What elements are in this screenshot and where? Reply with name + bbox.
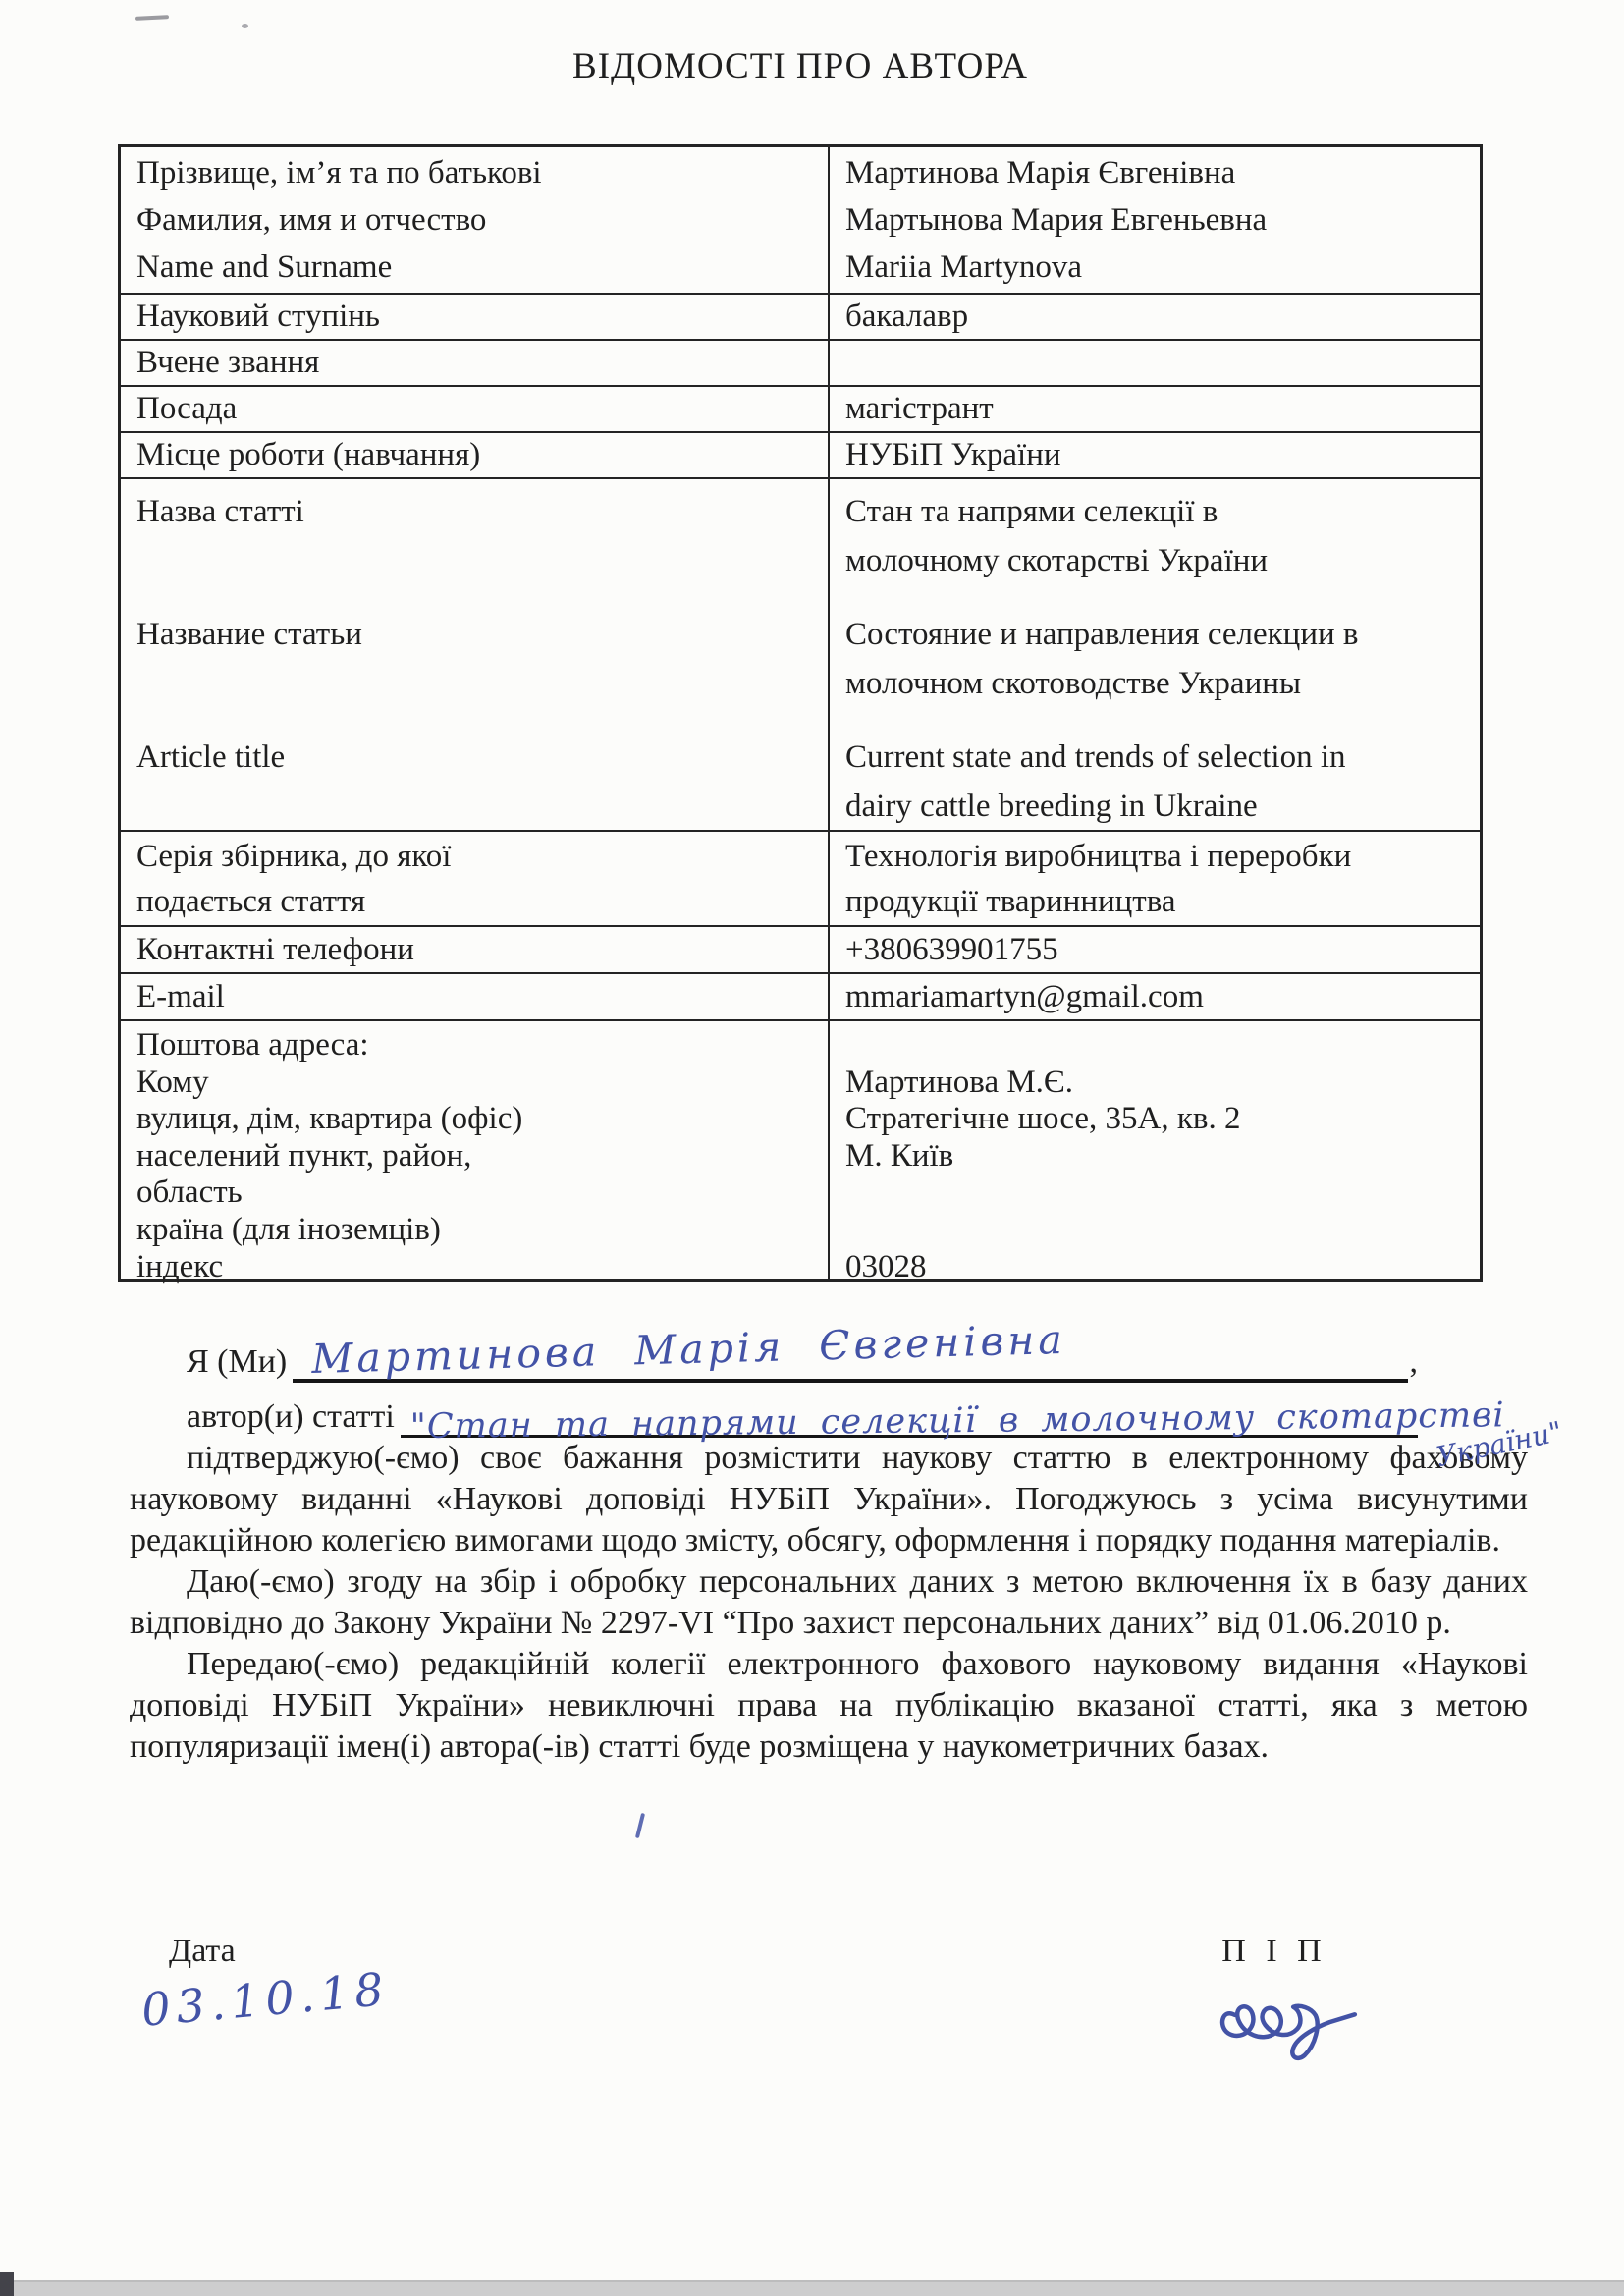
value-ru: Состояние и направления селекции в молоч…	[845, 610, 1464, 733]
value-line: Мартынова Мария Евгеньевна	[845, 196, 1464, 244]
value-line	[845, 1212, 1464, 1249]
table-row-full-name: Прізвище, ім’я та по батькові Фамилия, и…	[121, 147, 1480, 293]
label-cell: Контактні телефони	[121, 927, 828, 972]
label-ru: Название статьи	[136, 610, 812, 733]
value-cell: mmariamartyn@gmail.com	[828, 974, 1480, 1019]
label-cell: Прізвище, ім’я та по батькові Фамилия, и…	[121, 147, 828, 293]
label-line: Name and Surname	[136, 244, 812, 291]
label-en: Article title	[136, 733, 812, 782]
value-cell: Стан та напрями селекції в молочному ско…	[828, 479, 1480, 830]
article-title-line: автор(и) статті "Стан та напрями селекці…	[130, 1383, 1528, 1438]
value-line: Мартинова М.Є.	[845, 1065, 1464, 1102]
value-line: dairy cattle breeding in Ukraine	[845, 782, 1464, 831]
label-cell: Вчене звання	[121, 341, 828, 385]
label-cell: Серія збірника, до якої подається стаття	[121, 832, 828, 925]
label-cell: Науковий ступінь	[121, 295, 828, 339]
label-ua: Назва статті	[136, 487, 812, 610]
table-row-article-title: Назва статті Название статьи Article tit…	[121, 477, 1480, 830]
paragraph-publication-rights: Передаю(-ємо) редакційній колегії електр…	[130, 1644, 1528, 1768]
label-cell: Поштова адреса: Кому вулиця, дім, кварти…	[121, 1021, 828, 1279]
value-cell: Технологія виробництва і переробки проду…	[828, 832, 1480, 925]
label-line: країна (для іноземців)	[136, 1212, 812, 1249]
value-line: Мартинова Марія Євгенівна	[845, 149, 1464, 196]
signature	[1203, 1964, 1377, 2074]
label-line: Фамилия, имя и отчество	[136, 196, 812, 244]
value-cell: Мартинова Марія Євгенівна Мартынова Мари…	[828, 147, 1480, 293]
value-line: Стратегічне шосе, 35А, кв. 2	[845, 1101, 1464, 1138]
scan-artifact-corner	[0, 2272, 14, 2296]
pip-column: П І П	[1176, 1931, 1373, 2068]
label-cell: Місце роботи (навчання)	[121, 433, 828, 477]
value-line: М. Київ	[845, 1138, 1464, 1175]
pencil-dot	[242, 24, 248, 28]
value-cell: +380639901755	[828, 927, 1480, 972]
label-cell: Посада	[121, 387, 828, 431]
table-row-email: E-mail mmariamartyn@gmail.com	[121, 972, 1480, 1019]
label-line: вулиця, дім, квартира (офіс)	[136, 1101, 812, 1138]
value-line: 03028	[845, 1249, 1464, 1286]
value-line: молочному скотарстві України	[845, 536, 1464, 585]
value-line: продукції тваринництва	[845, 879, 1464, 924]
table-row-phone: Контактні телефони +380639901755	[121, 925, 1480, 972]
label-cell: Назва статті Название статьи Article tit…	[121, 479, 828, 830]
value-cell	[828, 341, 1480, 385]
label-line: населений пункт, район,	[136, 1138, 812, 1175]
ink-correction-mark	[635, 1813, 645, 1838]
date-column: Дата 03.10.18	[169, 1931, 388, 2068]
declaration-text: Я (Ми) Мартинова Марія Євгенівна , автор…	[130, 1328, 1528, 1768]
paragraph-personal-data: Даю(-ємо) згоду на збір і обробку персон…	[130, 1561, 1528, 1644]
table-row-postal-address: Поштова адреса: Кому вулиця, дім, кварти…	[121, 1019, 1480, 1279]
page-title: ВІДОМОСТІ ПРО АВТОРА	[118, 45, 1483, 87]
value-line: Технологія виробництва і переробки	[845, 834, 1464, 879]
label-cell: E-mail	[121, 974, 828, 1019]
name-blank-line: Мартинова Марія Євгенівна	[293, 1324, 1407, 1383]
author-of-article-label: автор(и) статті	[187, 1396, 395, 1438]
title-blank-line: "Стан та напрями селекції в молочному ск…	[401, 1380, 1418, 1438]
value-line: Mariia Martynova	[845, 244, 1464, 291]
value-line: Состояние и направления селекции в	[845, 610, 1464, 659]
handwritten-name: Мартинова Марія Євгенівна	[311, 1316, 1067, 1383]
value-cell: магістрант	[828, 387, 1480, 431]
table-row-series: Серія збірника, до якої подається стаття…	[121, 830, 1480, 925]
author-info-table: Прізвище, ім’я та по батькові Фамилия, и…	[118, 144, 1483, 1282]
value-line: Current state and trends of selection in	[845, 733, 1464, 782]
label-line: індекс	[136, 1249, 812, 1286]
label-line: Поштова адреса:	[136, 1027, 812, 1065]
scanned-author-info-form: ВІДОМОСТІ ПРО АВТОРА Прізвище, ім’я та п…	[0, 0, 1624, 2296]
value-en: Current state and trends of selection in…	[845, 733, 1464, 831]
value-cell: бакалавр	[828, 295, 1480, 339]
pencil-mark	[135, 15, 169, 21]
table-row-workplace: Місце роботи (навчання) НУБіП України	[121, 431, 1480, 477]
value-line	[845, 1175, 1464, 1212]
handwritten-date: 03.10.18	[139, 1962, 392, 2037]
comma: ,	[1410, 1341, 1419, 1383]
label-line: Прізвище, ім’я та по батькові	[136, 149, 812, 196]
table-row-position: Посада магістрант	[121, 385, 1480, 431]
label-line: область	[136, 1175, 812, 1212]
value-cell: Мартинова М.Є. Стратегічне шосе, 35А, кв…	[828, 1021, 1480, 1279]
scan-artifact-bottom-band	[0, 2280, 1624, 2296]
label-line: Кому	[136, 1065, 812, 1102]
label-line: подається стаття	[136, 879, 812, 924]
i-we-label: Я (Ми)	[187, 1341, 287, 1383]
value-line: Стан та напрями селекції в	[845, 487, 1464, 536]
value-line	[845, 1027, 1464, 1065]
value-cell: НУБіП України	[828, 433, 1480, 477]
table-row-degree: Науковий ступінь бакалавр	[121, 293, 1480, 339]
declarant-name-line: Я (Ми) Мартинова Марія Євгенівна ,	[130, 1328, 1528, 1383]
value-ua: Стан та напрями селекції в молочному ско…	[845, 487, 1464, 610]
table-row-academic-title: Вчене звання	[121, 339, 1480, 385]
label-line: Серія збірника, до якої	[136, 834, 812, 879]
signature-block: Дата 03.10.18 П І П	[130, 1931, 1528, 2068]
paragraph-confirmation: підтверджую(-ємо) своє бажання розмістит…	[130, 1438, 1528, 1561]
value-line: молочном скотоводстве Украины	[845, 659, 1464, 708]
